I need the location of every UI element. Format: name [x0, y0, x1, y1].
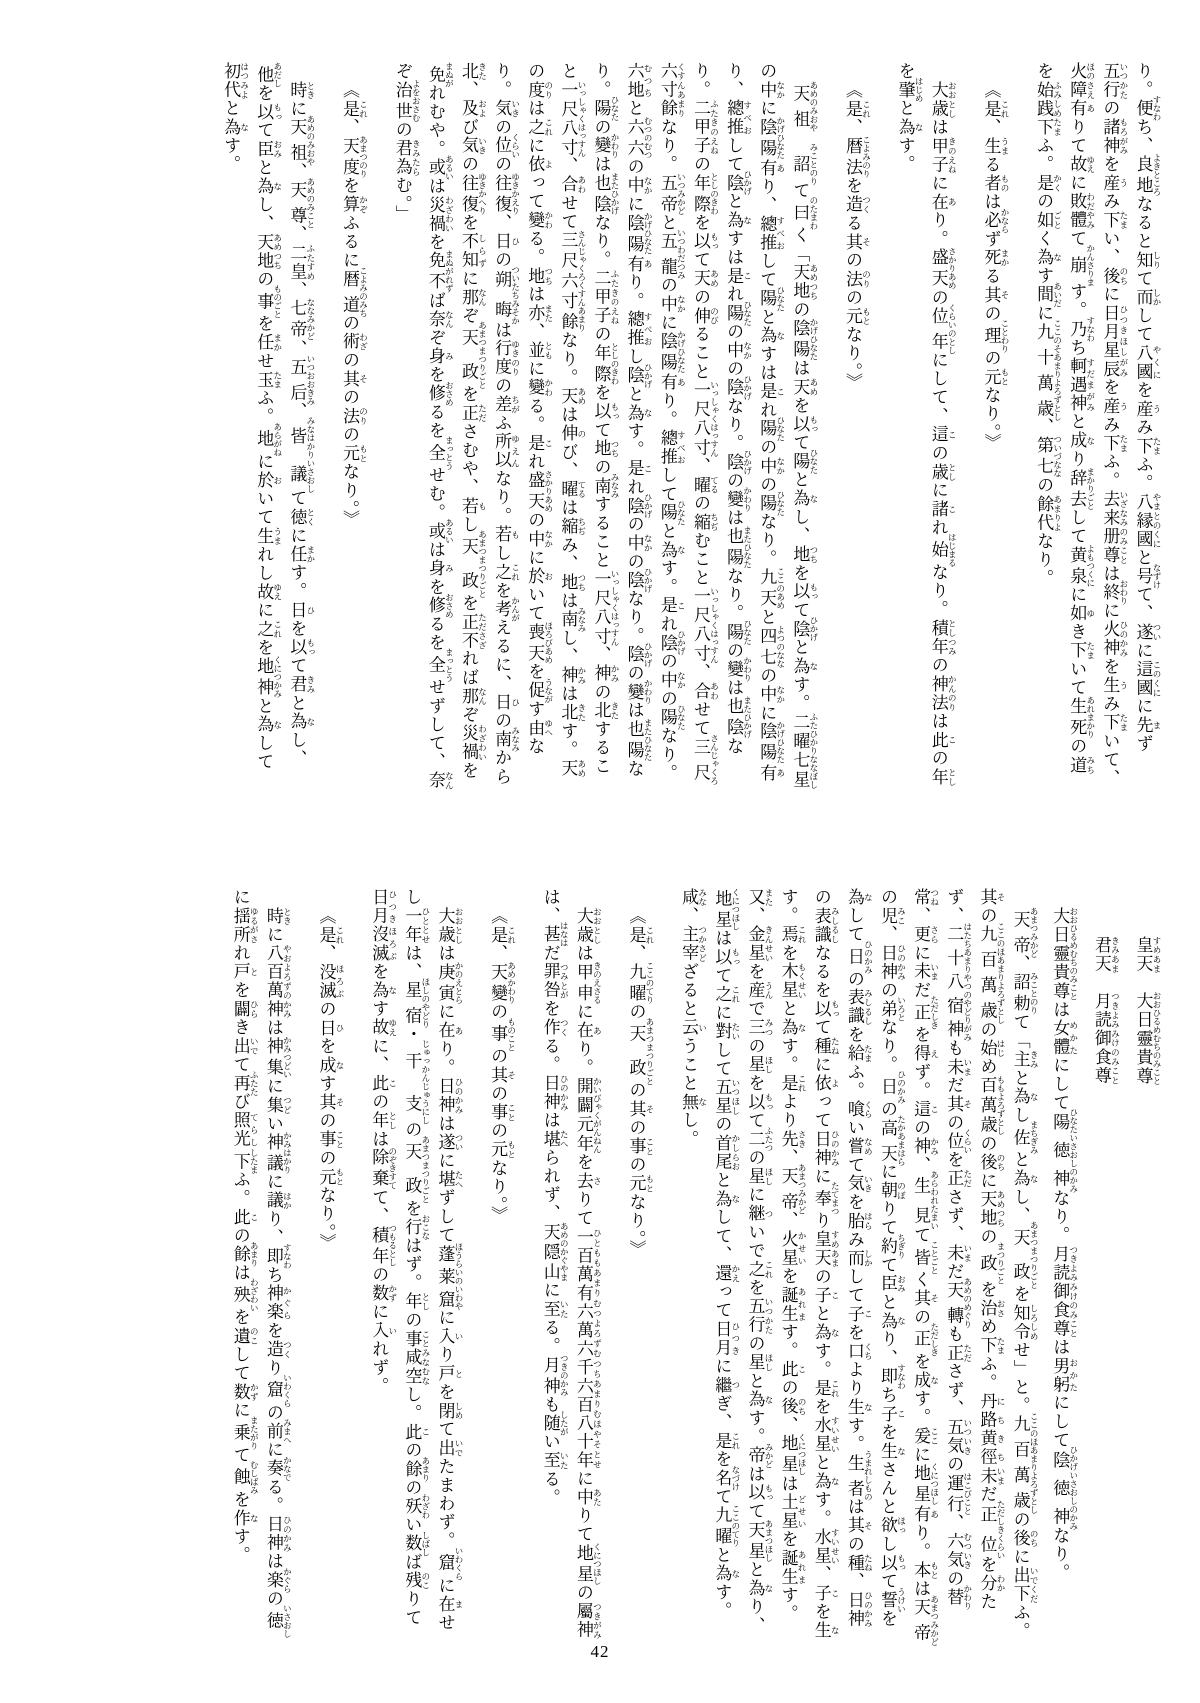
vertical-paragraph: 《是これ、暦法こよみのりを造つくる其その法のりの元もとなり。》: [836, 62, 872, 790]
vertical-paragraph: 《是これ、生うまる者ものは必かならず死まかる其その理ことわりの元もとなり。》: [974, 62, 1010, 790]
vertical-paragraph: 大歳おおとしは甲子きのえねに在あり。盛天さかりあめの位年くらいのとしにして、這こ…: [889, 62, 958, 790]
vertical-paragraph: 皇天すめあま 大日靈貴尊おおひるめむちのみこと: [1126, 888, 1162, 1646]
vertical-paragraph: り。便すなわち、良地よきところなると知しりて而しかして八國やくにを産うみ下たまふ…: [1027, 62, 1162, 790]
top-text-block: り。便すなわち、良地よきところなると知しりて而しかして八國やくにを産うみ下たまふ…: [92, 62, 1162, 790]
page-number: 42: [0, 1642, 1200, 1662]
book-page: { "page": { "number": "42", "background_…: [0, 0, 1200, 1703]
vertical-paragraph: 大日靈貴尊おおひるめむちのみことは女體めかたにして陽徳神ひなたいさおしのかみなり…: [1043, 888, 1079, 1646]
vertical-paragraph: 《是これ、天度あまつのりを算かぞふるに暦道こよみのみちの術わざの其その法のりの元…: [333, 62, 369, 790]
vertical-paragraph: 君天きみあま 月読御食尊つきよみみけのみこと: [1085, 888, 1121, 1646]
bottom-text-block: 皇天すめあま 大日靈貴尊おおひるめむちのみこと君天きみあま 月読御食尊つきよみみ…: [57, 888, 1162, 1646]
vertical-paragraph: 時ときに天祖あめのみおや、天尊あめのみこと、二皇ふたすめ、七帝ななみかど、五后い…: [214, 62, 316, 790]
vertical-paragraph: 《是これ、九曜ここのてりの天政あまつまつりごとの其その事ことの元もとなり。》: [619, 888, 655, 1646]
vertical-paragraph: 天帝あまつみかど、詔勅みことのりて「主きみと為なし佐まちぎみと為なし、天政あまつ…: [672, 888, 1039, 1646]
vertical-paragraph: 大歳おおとしは庚寅かのえとらに在あり。日神ひのかみは遂ついに堪たへずして蓬莱窟ほ…: [362, 888, 464, 1646]
vertical-paragraph: 時ときに八百萬神やおよろずのかみは神集かみつどいに集つどい神議かみはかりに議はか…: [224, 888, 293, 1646]
vertical-paragraph: 天祖あめのみおや 詔みことのりて曰のたまわく「天地あめつちの陰陽かげひなたは天あ…: [386, 62, 819, 790]
vertical-paragraph: 《是これ、没滅ほろぶの日ひを成なす其その事ことの元もとなり。》: [309, 888, 345, 1646]
vertical-paragraph: 《是これ、天變あめかわりの事ものことの其その事ことの元もとなり。》: [481, 888, 517, 1646]
vertical-paragraph: 大歳おおとしは甲申きのえさるに在あり。開闢元年かいびゃくがんねんを去さりて一百萬…: [534, 888, 603, 1646]
